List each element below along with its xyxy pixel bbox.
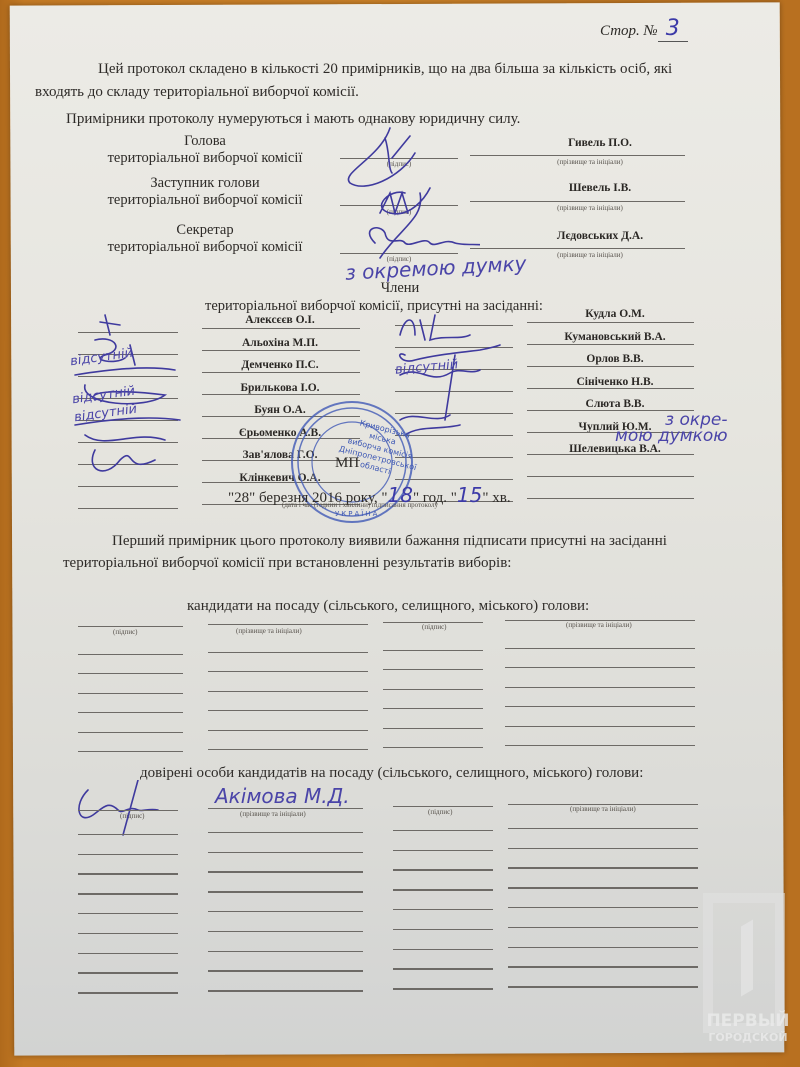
signature-line [505, 745, 695, 746]
signature-line [208, 990, 363, 991]
signature-line [208, 652, 368, 653]
member-name: Демченко П.С. [200, 359, 360, 371]
member-name: Алексєєв О.І. [200, 314, 360, 326]
signature-line [208, 871, 363, 872]
pervyi-gorodskoy-watermark: ПЕРВЫЙ ГОРОДСКОЙ [703, 893, 793, 1053]
signature-line [78, 893, 178, 894]
signature-line [202, 328, 360, 329]
signature-line [527, 322, 694, 323]
officer-chair-role: Головатериторіальної виборчої комісії [105, 133, 305, 167]
signature-line [208, 624, 368, 625]
signature-line [208, 671, 368, 672]
signature-line [393, 949, 493, 950]
member-name: Орлов В.В. [535, 353, 695, 365]
signature-line [527, 476, 694, 477]
signature-line [78, 972, 178, 973]
proxy-handwritten-name: Акімова М.Д. [215, 784, 350, 808]
member-dissent-note-2: мою думкою [615, 426, 728, 446]
officer-secretary-name: Лєдовських Д.А. [540, 230, 660, 242]
signature-line [505, 726, 695, 727]
minute-handwritten: 15 [457, 483, 482, 507]
signature-line [78, 992, 178, 993]
signature-line [383, 650, 483, 651]
signature-line [78, 810, 178, 811]
name-caption: (прізвище та ініціали) [520, 158, 660, 166]
signature-line [208, 970, 363, 971]
officer-secretary-role: Секретартериторіальної виборчої комісії [105, 222, 305, 256]
signature-line [393, 968, 493, 969]
signature-line [208, 852, 363, 853]
signature-line [78, 732, 183, 733]
signature-line [393, 988, 493, 989]
signature-line [78, 933, 178, 934]
signature-line [78, 712, 183, 713]
signature-line [383, 689, 483, 690]
signature-line [393, 889, 493, 890]
name-caption: (прізвище та ініціали) [570, 805, 636, 813]
intro-line-2: входять до складу територіальної виборчо… [35, 84, 359, 101]
signature-line [508, 986, 698, 987]
signature-line [78, 486, 178, 487]
signature-line [527, 498, 694, 499]
signature-line [508, 927, 698, 928]
signature-line [505, 620, 695, 621]
signature-line [508, 966, 698, 967]
signature-line [393, 929, 493, 930]
signature-line [383, 622, 483, 623]
signature-line [505, 706, 695, 707]
signature-line [78, 873, 178, 874]
signature-line [78, 654, 183, 655]
signature-line [78, 953, 178, 954]
officer-signatures [330, 118, 480, 288]
signature-line [505, 648, 695, 649]
signature-line [527, 344, 694, 345]
signature-line [78, 693, 183, 694]
signature-line [393, 909, 493, 910]
signature-line [208, 951, 363, 952]
signature-line [527, 454, 694, 455]
first-copy-line-1: Перший примірник цього протоколу виявили… [112, 533, 667, 550]
signature-line [508, 907, 698, 908]
signature-line [78, 854, 178, 855]
signature-line [208, 808, 363, 809]
signature-line [208, 749, 368, 750]
member-name: Кумановський В.А. [535, 331, 695, 343]
signature-line [383, 669, 483, 670]
name-caption: (прізвище та ініціали) [240, 810, 306, 818]
signature-line [208, 931, 363, 932]
signature-line [508, 848, 698, 849]
datetime-caption: (дата і час (години і хвилини) підписанн… [282, 501, 438, 509]
signature-line [383, 728, 483, 729]
officer-deputy-name: Шевель І.В. [540, 182, 660, 194]
signature-line [202, 394, 360, 395]
signature-line [78, 673, 183, 674]
signature-line [505, 667, 695, 668]
sig-caption: (підпис) [113, 628, 138, 636]
signature-line [78, 913, 178, 914]
signature-line [508, 947, 698, 948]
signature-line [508, 867, 698, 868]
signature-line [208, 891, 363, 892]
signature-line [508, 804, 698, 805]
signature-line [508, 828, 698, 829]
stamp-country: УКРАЇНА [335, 510, 379, 518]
name-caption: (прізвище та ініціали) [520, 251, 660, 259]
signature-line [505, 687, 695, 688]
sig-caption: (підпис) [428, 808, 453, 816]
members-title: Члени [230, 280, 570, 297]
signature-line [202, 350, 360, 351]
signature-line [508, 887, 698, 888]
signature-line [527, 366, 694, 367]
signature-line [383, 747, 483, 748]
name-caption: (прізвище та ініціали) [566, 621, 632, 629]
first-copy-line-2: територіальної виборчої комісії при вста… [63, 555, 511, 572]
signature-line [393, 806, 493, 807]
signature-line [208, 691, 368, 692]
signature-line [78, 834, 178, 835]
signature-line [383, 708, 483, 709]
page-number-label: Стор. №3 [600, 16, 688, 42]
signature-line [393, 850, 493, 851]
signature-line [208, 730, 368, 731]
member-name: Слюта В.В. [535, 398, 695, 410]
signature-line [527, 388, 694, 389]
signature-line [208, 832, 363, 833]
signature-line [78, 751, 183, 752]
signature-line [393, 830, 493, 831]
watermark-one-icon [741, 920, 753, 997]
signature-line [78, 508, 178, 509]
member-name: Альохіна М.П. [200, 337, 360, 349]
officer-chair-name: Гивель П.О. [540, 137, 660, 149]
member-name: Кудла О.М. [535, 308, 695, 320]
name-caption: (прізвище та ініціали) [520, 204, 660, 212]
page-label: Стор. № [600, 23, 658, 39]
member-name: Брилькова І.О. [200, 382, 360, 394]
sig-caption: (підпис) [422, 623, 447, 631]
proxies-heading: довірені особи кандидатів на посаду (сіл… [140, 765, 643, 782]
signature-line [208, 911, 363, 912]
signature-line [202, 372, 360, 373]
candidates-heading: кандидати на посаду (сільського, селищно… [187, 598, 589, 615]
page-number-handwritten: 3 [658, 16, 688, 42]
member-name: Сініченко Н.В. [535, 376, 695, 388]
signature-line [208, 710, 368, 711]
signature-line [78, 626, 183, 627]
officer-deputy-role: Заступник головитериторіальної виборчої … [105, 175, 305, 209]
signature-line [393, 869, 493, 870]
intro-line-1: Цей протокол складено в кількості 20 при… [98, 61, 672, 78]
mp-label: МП [335, 455, 359, 472]
name-caption: (прізвище та ініціали) [236, 627, 302, 635]
